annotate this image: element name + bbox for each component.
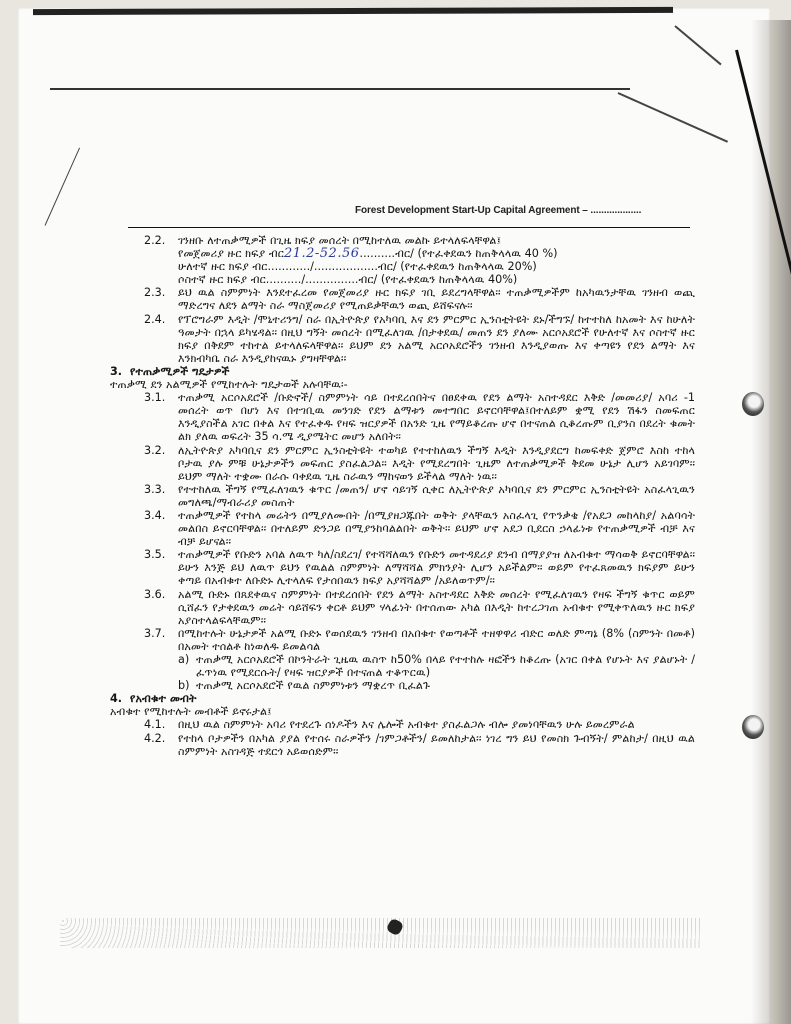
clause-text: ለኢትዮጵያ አካባቢና ደን ምርምር ኢንስቲትዩት ተወካይ የተተከለዉ…	[178, 444, 695, 483]
sub-clause-label: a)	[178, 653, 196, 679]
clause-text: በሚከተሉት ሁኔታዎች አልሚ ቡድኑ የወሰደዉን ገንዘብ በአበቁተ የ…	[178, 627, 695, 653]
clause: 3.3.የተተከለዉ ችግኝ የሚፈለገዉን ቁጥር /መጠን/ ሆኖ ሳይገኝ…	[110, 483, 695, 509]
handwritten-amount: 21.2-52.56	[284, 246, 360, 261]
payment-line-1: የመጀመሪያ ዙር ክፍያ ብር21.2-52.56..........ብር/ …	[178, 247, 695, 260]
section-intro: ተጠቃሚ ደን አልሚዎች የሚከተሉት ግዴታወች አሉባቸዉ፡-	[110, 378, 695, 391]
clause-body: ለኢትዮጵያ አካባቢና ደን ምርምር ኢንስቲትዩት ተወካይ የተተከለዉ…	[178, 444, 695, 483]
document-header: Forest Development Start-Up Capital Agre…	[355, 205, 641, 216]
clause-text: የተተከለዉ ችግኝ የሚፈለገዉን ቁጥር /መጠን/ ሆኖ ሳይገኝ ሲቀር…	[178, 483, 695, 509]
clause-body: በዚህ ዉል ስምምነት አባሪ የተደረጉ ሰነዶችን እና ሌሎች አብቁተ…	[178, 718, 695, 731]
clause-text: አልሚ ቡድኑ በጸደቀዉና ስምምነት በተደረሰበት የደን ልማት አስተ…	[178, 588, 695, 627]
clause-number: 3.3.	[110, 483, 178, 509]
clause-body: አልሚ ቡድኑ በጸደቀዉና ስምምነት በተደረሰበት የደን ልማት አስተ…	[178, 588, 695, 627]
clause-number: 3.2.	[110, 444, 178, 483]
clause-number: 4.2.	[110, 732, 178, 758]
document-body: 2.2. ገንዘቡ ለተጠቃሚዎች በጊዜ ክፍያ መሰረት በሚከተለዉ መል…	[110, 234, 695, 758]
clause-body: ተጠቃሚዎች የተከላ መሬትን በሚያለሙበት /በሚያዘጋጁበት ወቅት ያ…	[178, 509, 695, 548]
clause: 4.1.በዚህ ዉል ስምምነት አባሪ የተደረጉ ሰነዶችን እና ሌሎች …	[110, 718, 695, 731]
clause-text: በዚህ ዉል ስምምነት አባሪ የተደረጉ ሰነዶችን እና ሌሎች አብቁተ…	[178, 718, 695, 731]
clause-text: ተጠቃሚ አርሶአደሮች /ቡድኖች/ ስምምነት ሳይ በተደረሰበትና በፀ…	[178, 391, 695, 443]
payment-line-2: ሁለተኛ ዙር ክፍያ ብር............/.............…	[178, 260, 695, 273]
clause-text: የተከላ ቦታዎችን በአካል ያያል የተሰሩ ስራዎችን /ገምጋቶችን/ …	[178, 732, 695, 758]
sub-clause: a)ተጠቃሚ አርሶአደሮች በኮንትራት ጊዜዉ ዉስጥ ከ50% በላይ የ…	[110, 653, 695, 679]
clause-number: 3.4.	[110, 509, 178, 548]
punch-hole	[742, 715, 764, 739]
clause-number: 3.7.	[110, 627, 178, 653]
clause: 3.2.ለኢትዮጵያ አካባቢና ደን ምርምር ኢንስቲትዩት ተወካይ የተ…	[110, 444, 695, 483]
section-4-heading: 4. የአብቁተ መብት	[110, 692, 695, 705]
clause: 3.5.ተጠቃሚዎች የቡድን አባል ለዉጥ ካለ/ስደረገ/ የተሻሻለዉን…	[110, 548, 695, 587]
clause-2-3: 2.3. ይህ ዉል ስምምነት እንደተፈረመ የመጀመሪያ ዙር ክፍያ ገ…	[110, 286, 695, 312]
sub-clause-label: b)	[178, 679, 196, 692]
clause-2-4: 2.4. የፕሮግራም እዲት /ሞኒተሪንግ/ ስራ በኢትዮጵያ የአካባቢ…	[110, 313, 695, 365]
clause-number: 3.6.	[110, 588, 178, 627]
clause-number: 2.4.	[110, 313, 178, 365]
clause-text: ይህ ዉል ስምምነት እንደተፈረመ የመጀመሪያ ዙር ክፍያ ገቢ ይደረ…	[178, 286, 695, 312]
clause-2-2: 2.2. ገንዘቡ ለተጠቃሚዎች በጊዜ ክፍያ መሰረት በሚከተለዉ መል…	[110, 234, 695, 286]
clause: 4.2.የተከላ ቦታዎችን በአካል ያያል የተሰሩ ስራዎችን /ገምጋቶ…	[110, 732, 695, 758]
sub-clause: b)ተጠቃሚ አርሶአደሮች የዉል ስምምነቱን ማቋረጥ ቢፈልጉ	[110, 679, 695, 692]
section-title: የተጠቃሚዎች ግዴታዎች	[130, 365, 230, 378]
clause-text: ተጠቃሚዎች የቡድን አባል ለዉጥ ካለ/ስደረገ/ የተሻሻለዉን የቡድ…	[178, 548, 695, 587]
clause-text: ገንዘቡ ለተጠቃሚዎች በጊዜ ክፍያ መሰረት በሚከተለዉ መልኩ ይተላ…	[178, 234, 695, 247]
clause-number: 4.1.	[110, 718, 178, 731]
clause-body: ተጠቃሚ አርሶአደሮች /ቡድኖች/ ስምምነት ሳይ በተደረሰበትና በፀ…	[178, 391, 695, 443]
clause: 3.1.ተጠቃሚ አርሶአደሮች /ቡድኖች/ ስምምነት ሳይ በተደረሰበት…	[110, 391, 695, 443]
clause: 3.7.በሚከተሉት ሁኔታዎች አልሚ ቡድኑ የወሰደዉን ገንዘብ በአበ…	[110, 627, 695, 653]
clause-body: በሚከተሉት ሁኔታዎች አልሚ ቡድኑ የወሰደዉን ገንዘብ በአበቁተ የ…	[178, 627, 695, 653]
section-title: የአብቁተ መብት	[130, 692, 197, 705]
section-intro: አብቁተ የሚከተሉት መብቶች ይኖሩታል፤	[110, 705, 695, 718]
section-3-clauses: 3.1.ተጠቃሚ አርሶአደሮች /ቡድኖች/ ስምምነት ሳይ በተደረሰበት…	[110, 391, 695, 692]
clause-body: የተከላ ቦታዎችን በአካል ያያል የተሰሩ ስራዎችን /ገምጋቶችን/ …	[178, 732, 695, 758]
scan-artifact-line	[50, 88, 630, 90]
section-4-clauses: 4.1.በዚህ ዉል ስምምነት አባሪ የተደረጉ ሰነዶችን እና ሌሎች …	[110, 718, 695, 757]
sub-clause-text: ተጠቃሚ አርሶአደሮች በኮንትራት ጊዜዉ ዉስጥ ከ50% በላይ የተተ…	[196, 653, 695, 679]
clause-body: የተተከለዉ ችግኝ የሚፈለገዉን ቁጥር /መጠን/ ሆኖ ሳይገኝ ሲቀር…	[178, 483, 695, 509]
clause-number: 3.5.	[110, 548, 178, 587]
section-3-heading: 3. የተጠቃሚዎች ግዴታዎች	[110, 365, 695, 378]
payment-line-3: ሶስተኛ ዙር ክፍያ ብር........../...............…	[178, 273, 695, 286]
header-rule	[128, 227, 690, 228]
sub-clause-text: ተጠቃሚ አርሶአደሮች የዉል ስምምነቱን ማቋረጥ ቢፈልጉ	[196, 679, 695, 692]
clause-number: 3.1.	[110, 391, 178, 443]
scan-noise	[60, 918, 700, 948]
clause: 3.4.ተጠቃሚዎች የተከላ መሬትን በሚያለሙበት /በሚያዘጋጁበት ወ…	[110, 509, 695, 548]
scan-top-edge	[33, 7, 673, 15]
clause-number: 2.2.	[110, 234, 178, 286]
punch-hole	[742, 392, 764, 416]
clause-number: 2.3.	[110, 286, 178, 312]
clause-text: ተጠቃሚዎች የተከላ መሬትን በሚያለሙበት /በሚያዘጋጁበት ወቅት ያ…	[178, 509, 695, 548]
clause-body: ተጠቃሚዎች የቡድን አባል ለዉጥ ካለ/ስደረገ/ የተሻሻለዉን የቡድ…	[178, 548, 695, 587]
clause: 3.6.አልሚ ቡድኑ በጸደቀዉና ስምምነት በተደረሰበት የደን ልማት…	[110, 588, 695, 627]
clause-text: የፕሮግራም እዲት /ሞኒተሪንግ/ ስራ በኢትዮጵያ የአካባቢ እና ደ…	[178, 313, 695, 365]
page-edge-shadow	[751, 20, 791, 1024]
